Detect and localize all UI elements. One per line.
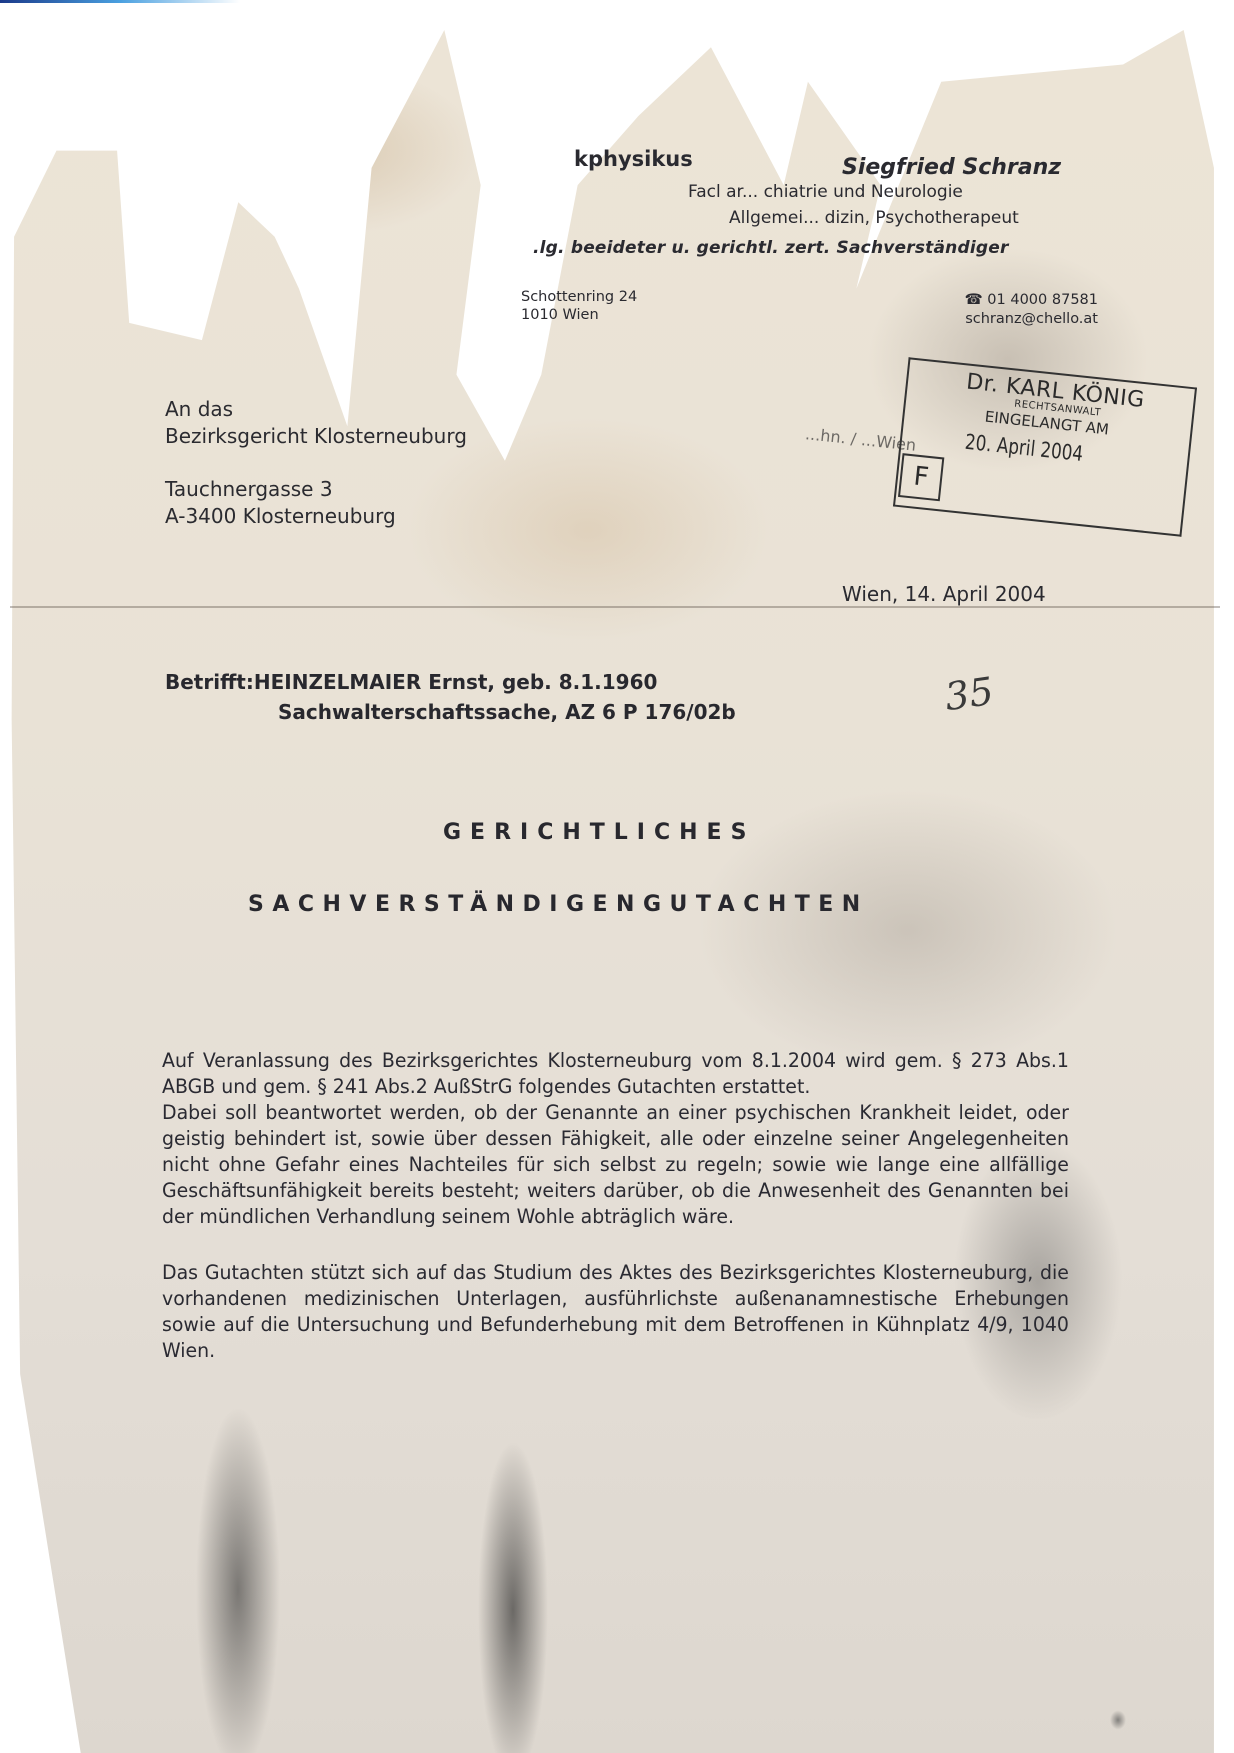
body-paragraph-2: Dabei soll beantwortet werden, ob der Ge… [162, 1100, 1069, 1230]
subject-label: Betrifft: [165, 670, 254, 694]
letterhead-specialty-2: Allgemei... dizin, Psychotherapeut [729, 208, 1019, 228]
letterhead-name: Siegfried Schranz [842, 155, 1061, 180]
top-edge-bar [0, 0, 240, 3]
letterhead-email: schranz@chello.at [965, 310, 1098, 329]
recipient-line-1: An das [165, 396, 467, 423]
document-body: Auf Veranlassung des Bezirksgerichtes Kl… [162, 1048, 1069, 1364]
letterhead-address: Schottenring 24 1010 Wien [521, 288, 637, 324]
letterhead-city: 1010 Wien [521, 306, 637, 324]
phone-icon: ☎ [965, 292, 983, 308]
body-paragraph-1: Auf Veranlassung des Bezirksgerichtes Kl… [162, 1048, 1069, 1100]
letterhead-contact: ☎ 01 4000 87581 schranz@chello.at [965, 291, 1098, 329]
document-title-line-2: SACHVERSTÄNDIGENGUTACHTEN [248, 892, 869, 917]
body-paragraph-3: Das Gutachten stützt sich auf das Studiu… [162, 1260, 1069, 1364]
recipient-line-3: Tauchnergasse 3 [165, 476, 467, 503]
subject-block: Betrifft:HEINZELMAIER Ernst, geb. 8.1.19… [165, 667, 736, 727]
document-title-line-1: GERICHTLICHES [443, 820, 755, 845]
recipient-address: An das Bezirksgericht Klosterneuburg Tau… [165, 396, 467, 530]
received-stamp: Dr. KARL KÖNIG RECHTSANWALT EINGELANGT A… [893, 357, 1197, 536]
letterhead-title-fragment: kphysikus [574, 147, 693, 171]
paper-fold-line [10, 606, 1220, 608]
letterhead-certification: .lg. beeideter u. gerichtl. zert. Sachve… [533, 238, 1009, 258]
subject-line-1: HEINZELMAIER Ernst, geb. 8.1.1960 [254, 670, 658, 694]
subject-line-2: Sachwalterschaftssache, AZ 6 P 176/02b [165, 697, 736, 727]
letter-date: Wien, 14. April 2004 [842, 582, 1046, 606]
letterhead-street: Schottenring 24 [521, 288, 637, 306]
letterhead-phone: 01 4000 87581 [987, 292, 1098, 308]
recipient-line-4: A-3400 Klosterneuburg [165, 503, 467, 530]
stamp-code: F [898, 453, 944, 501]
recipient-line-2: Bezirksgericht Klosterneuburg [165, 423, 467, 450]
handwritten-note: 35 [942, 669, 996, 719]
letterhead-specialty-1: Facl ar... chiatrie und Neurologie [688, 182, 963, 202]
